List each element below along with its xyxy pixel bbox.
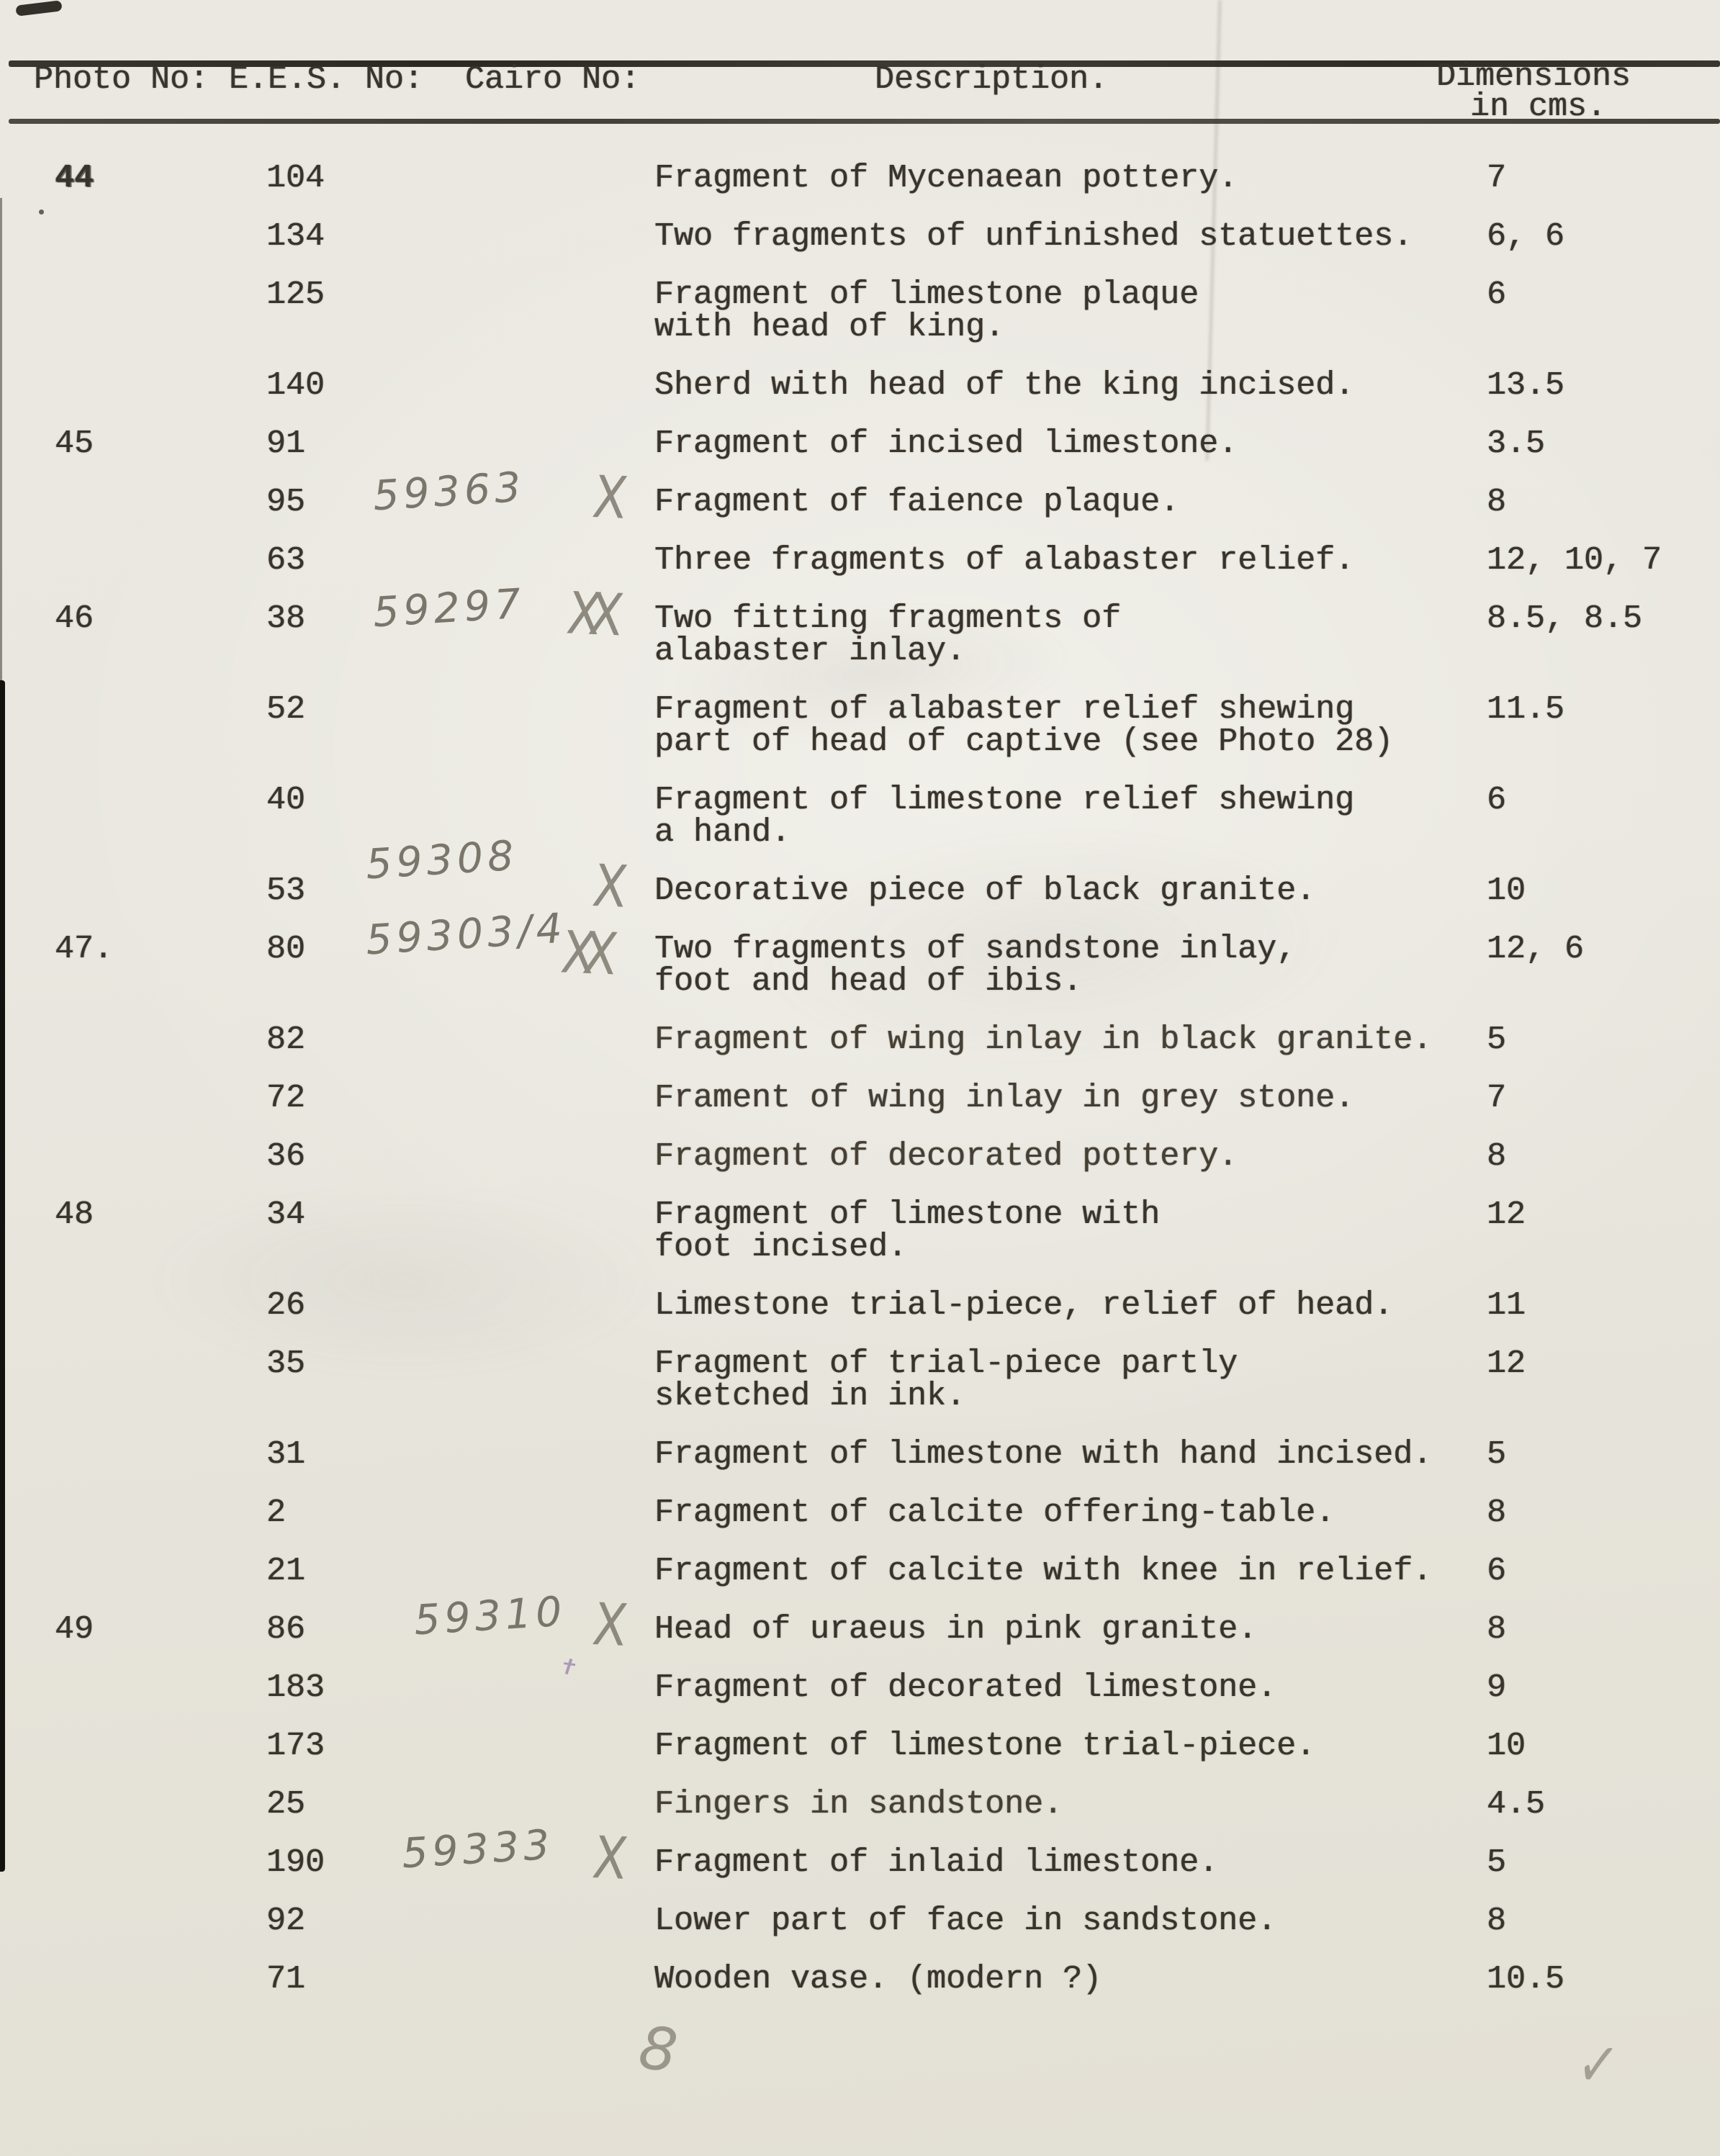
register-row: 26Limestone trial-piece, relief of head.… xyxy=(0,1289,1720,1322)
register-row: 92Lower part of face in sandstone.8 xyxy=(0,1905,1720,1937)
dimensions-cell: 7 xyxy=(1487,162,1506,194)
description-line: Fragment of inlaid limestone. xyxy=(654,1846,1218,1879)
description-line: Fragment of incised limestone. xyxy=(654,428,1238,460)
pencil-x-mark: X xyxy=(590,1830,633,1889)
description-line: Fragment of wing inlay in black granite. xyxy=(654,1024,1432,1056)
cairo-no-handwritten: 59363 xyxy=(372,467,526,518)
ees-no-cell: 31 xyxy=(266,1438,305,1471)
register-row: 463859297XXTwo fitting fragments ofalaba… xyxy=(0,603,1720,667)
dimensions-cell: 5 xyxy=(1487,1024,1506,1056)
description-cell: Decorative piece of black granite. xyxy=(654,875,1315,907)
photo-no-cell: 48 xyxy=(55,1199,94,1231)
cairo-no-handwritten: 59308 xyxy=(364,836,518,886)
ees-no-cell: 71 xyxy=(266,1963,305,1995)
ees-no-cell: 52 xyxy=(266,693,305,726)
register-row: 82Fragment of wing inlay in black granit… xyxy=(0,1024,1720,1056)
dimensions-cell: 10 xyxy=(1487,875,1526,907)
register-row: 183Fragment of decorated limestone.9 xyxy=(0,1672,1720,1704)
dimensions-cell: 12 xyxy=(1487,1348,1526,1380)
photo-no-cell: 49 xyxy=(55,1613,94,1646)
column-header-description: Description. xyxy=(875,63,1108,96)
dimensions-cell: 6 xyxy=(1487,784,1506,816)
description-line: Fragment of limestone with xyxy=(654,1199,1160,1231)
ees-no-cell: 80 xyxy=(266,933,305,965)
description-line: Fragment of limestone with hand incised. xyxy=(654,1438,1432,1471)
register-rows: 44104Fragment of Mycenaean pottery.7134T… xyxy=(0,162,1720,2021)
description-line: Fragment of calcite with knee in relief. xyxy=(654,1555,1432,1587)
register-row: 71Wooden vase. (modern ?)10.5 xyxy=(0,1963,1720,1995)
dimensions-cell: 8.5, 8.5 xyxy=(1487,603,1642,635)
register-row: 72Frament of wing inlay in grey stone.7 xyxy=(0,1082,1720,1114)
description-cell: Fragment of wing inlay in black granite. xyxy=(654,1024,1432,1056)
dimensions-cell: 9 xyxy=(1487,1672,1506,1704)
description-line: Fragment of faience plaque. xyxy=(654,486,1179,518)
dimensions-cell: 8 xyxy=(1487,1140,1506,1173)
register-row: 40Fragment of limestone relief shewinga … xyxy=(0,784,1720,849)
description-line: alabaster inlay. xyxy=(654,635,1121,667)
register-row: 9559363XFragment of faience plaque.8 xyxy=(0,486,1720,518)
ees-no-cell: 21 xyxy=(266,1555,305,1587)
photo-no-cell: 45 xyxy=(55,428,94,460)
description-cell: Sherd with head of the king incised. xyxy=(654,369,1354,402)
description-line: Three fragments of alabaster relief. xyxy=(654,544,1354,577)
ees-no-cell: 35 xyxy=(266,1348,305,1380)
dimensions-cell: 3.5 xyxy=(1487,428,1545,460)
photo-no-cell: 46 xyxy=(55,603,94,635)
description-line: Two fitting fragments of xyxy=(654,603,1121,635)
dimensions-cell: 8 xyxy=(1487,1905,1506,1937)
description-line: Fragment of trial-piece partly xyxy=(654,1348,1238,1380)
pencil-page-number: 8 xyxy=(635,2013,680,2086)
description-cell: Fragment of decorated limestone. xyxy=(654,1672,1277,1704)
register-row: 140Sherd with head of the king incised.1… xyxy=(0,369,1720,402)
register-row: 19059333XFragment of inlaid limestone.5 xyxy=(0,1846,1720,1879)
register-row: 47.8059303/4XXTwo fragments of sandstone… xyxy=(0,933,1720,998)
dimensions-cell: 10.5 xyxy=(1487,1963,1564,1995)
cairo-no-handwritten: 59303/4 xyxy=(365,908,568,962)
description-line: part of head of captive (see Photo 28) xyxy=(654,726,1393,758)
ees-no-cell: 25 xyxy=(266,1788,305,1821)
dimensions-cell: 6, 6 xyxy=(1487,220,1564,253)
dimensions-cell: 12, 10, 7 xyxy=(1487,544,1662,577)
pencil-x-mark: XX xyxy=(558,924,623,985)
description-line: Wooden vase. (modern ?) xyxy=(654,1963,1102,1995)
register-row: 173Fragment of limestone trial-piece.10 xyxy=(0,1730,1720,1762)
ees-no-cell: 95 xyxy=(266,486,305,518)
ees-no-cell: 104 xyxy=(266,162,325,194)
description-line: Fragment of decorated limestone. xyxy=(654,1672,1277,1704)
description-cell: Fragment of limestone withfoot incised. xyxy=(654,1199,1160,1263)
ees-no-cell: 173 xyxy=(266,1730,325,1762)
ees-no-cell: 38 xyxy=(266,603,305,635)
pencil-x-mark: X xyxy=(590,1597,633,1656)
ees-no-cell: 36 xyxy=(266,1140,305,1173)
ees-no-cell: 134 xyxy=(266,220,325,253)
description-cell: Fragment of limestone relief shewinga ha… xyxy=(654,784,1354,849)
description-line: Decorative piece of black granite. xyxy=(654,875,1315,907)
description-cell: Fragment of decorated pottery. xyxy=(654,1140,1238,1173)
description-line: Two fragments of sandstone inlay, xyxy=(654,933,1296,965)
description-line: foot incised. xyxy=(654,1231,1160,1263)
description-cell: Fragment of faience plaque. xyxy=(654,486,1179,518)
register-row: 52Fragment of alabaster relief shewingpa… xyxy=(0,693,1720,758)
column-header-dimensions-unit: in cms. xyxy=(1470,91,1606,123)
dimensions-cell: 11 xyxy=(1487,1289,1526,1322)
ees-no-cell: 40 xyxy=(266,784,305,816)
description-line: Fragment of decorated pottery. xyxy=(654,1140,1238,1173)
description-cell: Frament of wing inlay in grey stone. xyxy=(654,1082,1354,1114)
register-row: 5359308XDecorative piece of black granit… xyxy=(0,875,1720,907)
pencil-x-mark: X xyxy=(590,469,633,528)
dimensions-cell: 8 xyxy=(1487,1613,1506,1646)
description-line: a hand. xyxy=(654,816,1354,849)
dimensions-cell: 6 xyxy=(1487,279,1506,311)
register-row: 4834Fragment of limestone withfoot incis… xyxy=(0,1199,1720,1263)
ees-no-cell: 140 xyxy=(266,369,325,402)
ees-no-cell: 63 xyxy=(266,544,305,577)
description-cell: Fingers in sandstone. xyxy=(654,1788,1063,1821)
ees-no-cell: 183 xyxy=(266,1672,325,1704)
dimensions-cell: 12 xyxy=(1487,1199,1526,1231)
column-header-ees-no: E.E.S. No: xyxy=(229,63,423,96)
ees-no-cell: 92 xyxy=(266,1905,305,1937)
description-line: Limestone trial-piece, relief of head. xyxy=(654,1289,1393,1322)
ees-no-cell: 72 xyxy=(266,1082,305,1114)
register-row: 134Two fragments of unfinished statuette… xyxy=(0,220,1720,253)
register-row: 21Fragment of calcite with knee in relie… xyxy=(0,1555,1720,1587)
description-cell: Fragment of inlaid limestone. xyxy=(654,1846,1218,1879)
dimensions-cell: 10 xyxy=(1487,1730,1526,1762)
description-cell: Fragment of Mycenaean pottery. xyxy=(654,162,1238,194)
ees-no-cell: 91 xyxy=(266,428,305,460)
register-row: 4591Fragment of incised limestone.3.5 xyxy=(0,428,1720,460)
register-row: 25Fingers in sandstone.4.5 xyxy=(0,1788,1720,1821)
cairo-no-handwritten: 59297 xyxy=(372,584,526,634)
ees-no-cell: 2 xyxy=(266,1497,286,1529)
register-row: 31Fragment of limestone with hand incise… xyxy=(0,1438,1720,1471)
description-line: Fragment of limestone trial-piece. xyxy=(654,1730,1315,1762)
description-cell: Fragment of incised limestone. xyxy=(654,428,1238,460)
dimensions-cell: 11.5 xyxy=(1487,693,1564,726)
dimensions-cell: 13.5 xyxy=(1487,369,1564,402)
scanned-register-page: Photo No: E.E.S. No: Cairo No: Descripti… xyxy=(0,0,1720,2156)
register-row: 498659310XHead of uraeus in pink granite… xyxy=(0,1613,1720,1646)
ees-no-cell: 125 xyxy=(266,279,325,311)
description-cell: Fragment of limestone trial-piece. xyxy=(654,1730,1315,1762)
description-line: Lower part of face in sandstone. xyxy=(654,1905,1277,1937)
description-cell: Fragment of calcite offering-table. xyxy=(654,1497,1335,1529)
description-cell: Fragment of alabaster relief shewingpart… xyxy=(654,693,1393,758)
register-row: 35Fragment of trial-piece partlysketched… xyxy=(0,1348,1720,1412)
description-line: Fingers in sandstone. xyxy=(654,1788,1063,1821)
description-cell: Limestone trial-piece, relief of head. xyxy=(654,1289,1393,1322)
description-cell: Two fragments of unfinished statuettes. xyxy=(654,220,1413,253)
description-cell: Fragment of calcite with knee in relief. xyxy=(654,1555,1432,1587)
description-line: Fragment of Mycenaean pottery. xyxy=(654,162,1238,194)
cairo-no-handwritten: 59333 xyxy=(400,1825,554,1875)
dimensions-cell: 5 xyxy=(1487,1438,1506,1471)
description-line: sketched in ink. xyxy=(654,1380,1238,1412)
column-header-cairo-no: Cairo No: xyxy=(465,63,640,96)
dimensions-cell: 8 xyxy=(1487,486,1506,518)
register-row: 36Fragment of decorated pottery.8 xyxy=(0,1140,1720,1173)
register-row: 63Three fragments of alabaster relief.12… xyxy=(0,544,1720,577)
ees-no-cell: 26 xyxy=(266,1289,305,1322)
register-row: 2Fragment of calcite offering-table.8 xyxy=(0,1497,1720,1529)
dimensions-cell: 7 xyxy=(1487,1082,1506,1114)
description-line: Fragment of limestone plaque xyxy=(654,279,1199,311)
ees-no-cell: 34 xyxy=(266,1199,305,1231)
description-line: Sherd with head of the king incised. xyxy=(654,369,1354,402)
dimensions-cell: 8 xyxy=(1487,1497,1506,1529)
register-row: 125Fragment of limestone plaquewith head… xyxy=(0,279,1720,343)
cairo-no-handwritten: 59310 xyxy=(413,1592,567,1642)
description-cell: Fragment of limestone plaquewith head of… xyxy=(654,279,1199,343)
description-cell: Two fitting fragments ofalabaster inlay. xyxy=(654,603,1121,667)
photo-no-cell: 44 xyxy=(55,162,94,194)
photo-no-cell: 47. xyxy=(55,933,113,965)
description-line: foot and head of ibis. xyxy=(654,965,1296,998)
description-line: Fragment of calcite offering-table. xyxy=(654,1497,1335,1529)
register-row: 44104Fragment of Mycenaean pottery.7 xyxy=(0,162,1720,194)
pencil-x-mark: XX xyxy=(564,585,629,646)
description-line: Head of uraeus in pink granite. xyxy=(654,1613,1257,1646)
description-line: Frament of wing inlay in grey stone. xyxy=(654,1082,1354,1114)
column-header-photo-no: Photo No: xyxy=(34,63,209,96)
pencil-checkmark: ✓ xyxy=(1573,2025,1623,2105)
description-cell: Two fragments of sandstone inlay,foot an… xyxy=(654,933,1296,998)
description-line: with head of king. xyxy=(654,311,1199,343)
description-cell: Head of uraeus in pink granite. xyxy=(654,1613,1257,1646)
dimensions-cell: 6 xyxy=(1487,1555,1506,1587)
dimensions-cell: 12, 6 xyxy=(1487,933,1584,965)
description-cell: Three fragments of alabaster relief. xyxy=(654,544,1354,577)
ees-no-cell: 82 xyxy=(266,1024,305,1056)
pencil-x-mark: X xyxy=(590,858,633,917)
description-cell: Lower part of face in sandstone. xyxy=(654,1905,1277,1937)
description-line: Fragment of limestone relief shewing xyxy=(654,784,1354,816)
scan-corner-mark xyxy=(15,0,62,17)
description-cell: Fragment of limestone with hand incised. xyxy=(654,1438,1432,1471)
description-cell: Fragment of trial-piece partlysketched i… xyxy=(654,1348,1238,1412)
dimensions-cell: 4.5 xyxy=(1487,1788,1545,1821)
ees-no-cell: 190 xyxy=(266,1846,325,1879)
dimensions-cell: 5 xyxy=(1487,1846,1506,1879)
ees-no-cell: 86 xyxy=(266,1613,305,1646)
description-cell: Wooden vase. (modern ?) xyxy=(654,1963,1102,1995)
description-line: Fragment of alabaster relief shewing xyxy=(654,693,1393,726)
description-line: Two fragments of unfinished statuettes. xyxy=(654,220,1413,253)
ees-no-cell: 53 xyxy=(266,875,305,907)
header-rule-bottom xyxy=(9,119,1720,124)
